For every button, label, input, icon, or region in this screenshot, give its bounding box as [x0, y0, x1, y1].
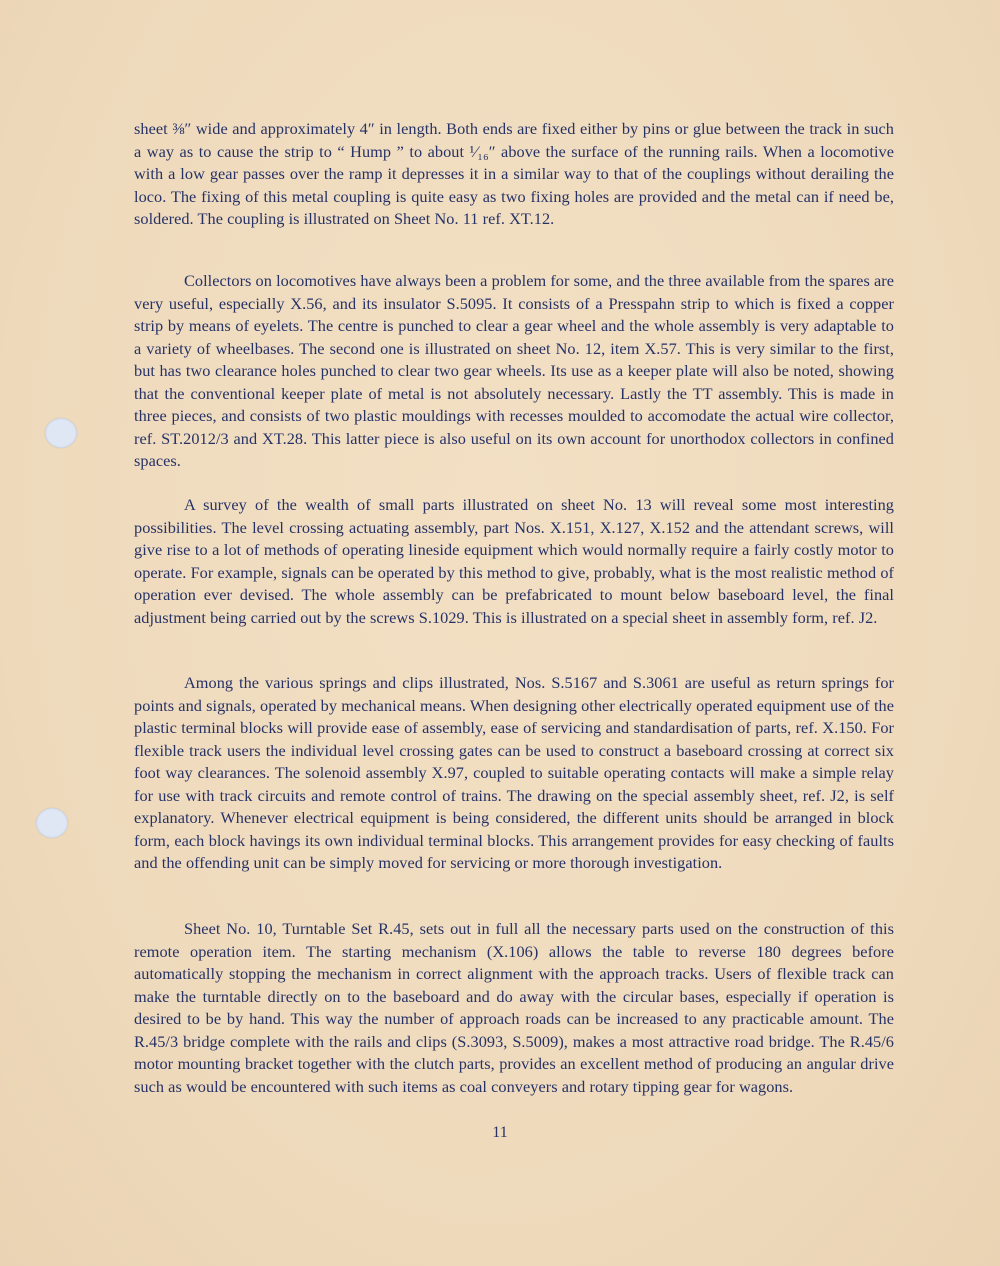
- paragraph-collectors: Collectors on locomotives have always be…: [134, 270, 894, 473]
- paragraph-text: A survey of the wealth of small parts il…: [134, 494, 894, 629]
- paragraph-1-continuation: sheet ⅜″ wide and approximately 4″ in le…: [134, 118, 894, 231]
- paragraph-text: sheet ⅜″ wide and approximately 4″ in le…: [134, 118, 894, 231]
- page-number: 11: [0, 1124, 1000, 1142]
- paragraph-text: Collectors on locomotives have always be…: [134, 270, 894, 473]
- document-page: sheet ⅜″ wide and approximately 4″ in le…: [0, 0, 1000, 1266]
- paragraph-turntable: Sheet No. 10, Turntable Set R.45, sets o…: [134, 918, 894, 1098]
- paragraph-small-parts: A survey of the wealth of small parts il…: [134, 494, 894, 629]
- paragraph-text: Sheet No. 10, Turntable Set R.45, sets o…: [134, 918, 894, 1098]
- punch-hole-upper: [45, 418, 77, 448]
- punch-hole-lower: [36, 808, 68, 838]
- paragraph-springs-clips: Among the various springs and clips illu…: [134, 672, 894, 875]
- paragraph-text: Among the various springs and clips illu…: [134, 672, 894, 875]
